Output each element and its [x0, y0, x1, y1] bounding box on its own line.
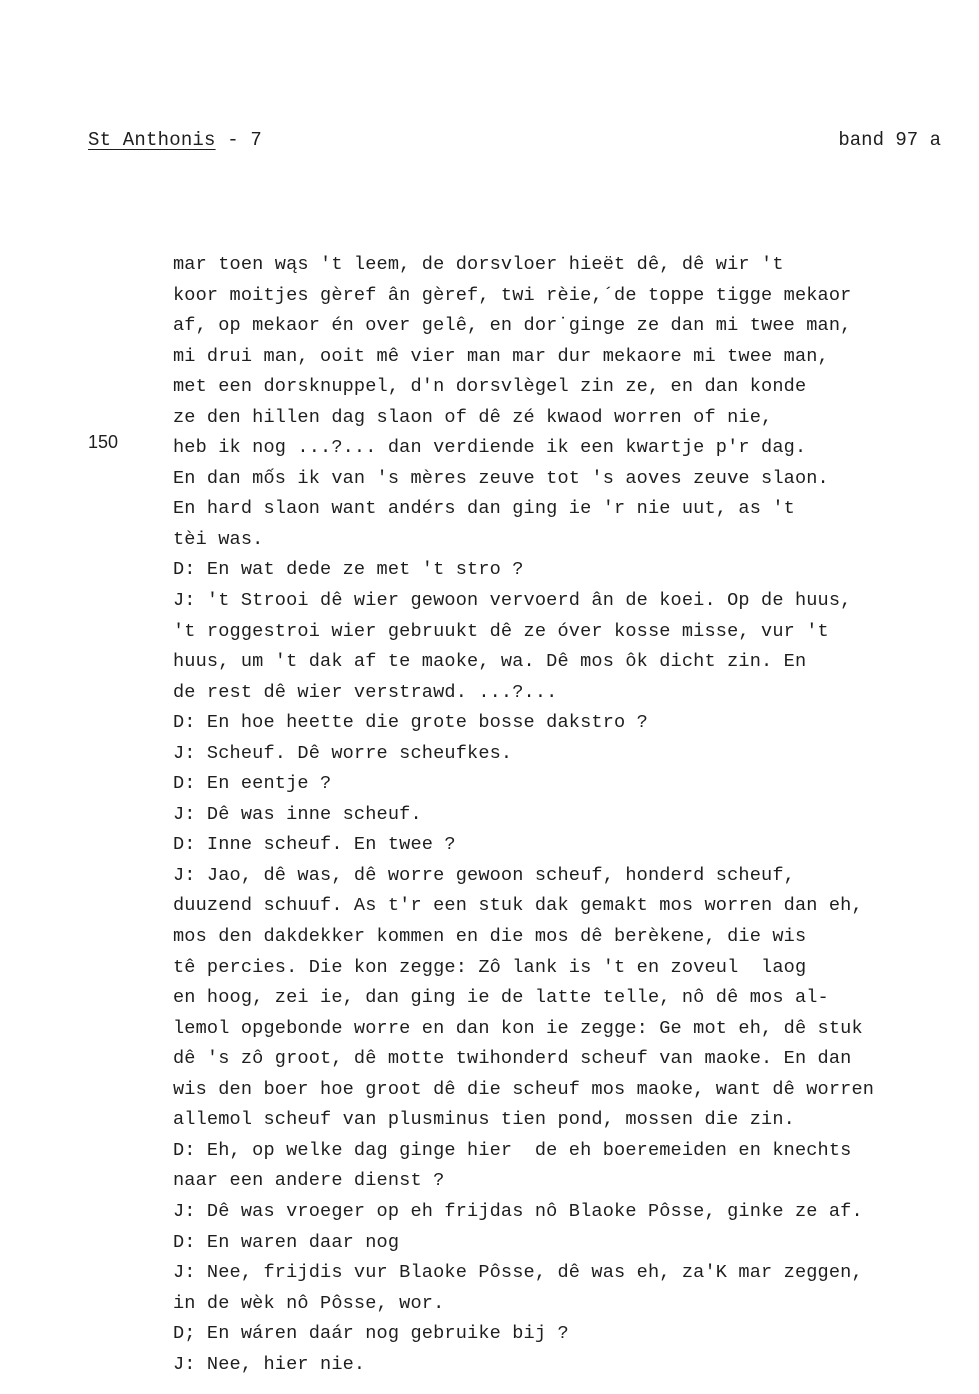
transcript-line: lemol opgebonde worre en dan kon ie zegg… — [173, 1014, 963, 1045]
document-title: St Anthonis — [88, 129, 216, 151]
transcript-line: J: Dê was vroeger op eh frijdas nô Blaok… — [173, 1197, 963, 1228]
transcript-line: D: En hoe heette die grote bosse dakstro… — [173, 708, 963, 739]
transcript-line: en hoog, zei ie, dan ging ie de latte te… — [173, 983, 963, 1014]
transcript-line: tèi was. — [173, 525, 963, 556]
transcript-line: huus, um 't dak af te maoke, wa. Dê mos … — [173, 647, 963, 678]
transcript-line: J: Scheuf. Dê worre scheufkes. — [173, 739, 963, 770]
transcript-line: heb ik nog ...?... dan verdiende ik een … — [173, 433, 963, 464]
transcript-line: naar een andere dienst ? — [173, 1166, 963, 1197]
margin-line-number: 150 — [88, 432, 118, 453]
transcript-line: ze den hillen dag slaon of dê zé kwaod w… — [173, 403, 963, 434]
transcript-line: J: Dê was inne scheuf. — [173, 800, 963, 831]
transcript-body: mar toen wąs 't leem, de dorsvloer hieët… — [173, 250, 963, 1380]
transcript-line: D: Inne scheuf. En twee ? — [173, 830, 963, 861]
transcript-line: met een dorsknuppel, d'n dorsvlègel zin … — [173, 372, 963, 403]
transcript-line: mos den dakdekker kommen en die mos dê b… — [173, 922, 963, 953]
transcript-line: mi drui man, ooit mê vier man mar dur me… — [173, 342, 963, 373]
transcript-line: En dan mốs ik van 's mères zeuve tot 's … — [173, 464, 963, 495]
transcript-line: tê percies. Die kon zegge: Zô lank is 't… — [173, 953, 963, 984]
transcript-line: D: En wat dede ze met 't stro ? — [173, 555, 963, 586]
transcript-line: duuzend schuuf. As t'r een stuk dak gema… — [173, 891, 963, 922]
transcript-line: koor moitjes gèref ân gèref, twi rèie,´d… — [173, 281, 963, 312]
transcript-line: mar toen wąs 't leem, de dorsvloer hieët… — [173, 250, 963, 281]
transcript-line: D; En wáren daár nog gebruike bij ? — [173, 1319, 963, 1350]
page-header-left: St Anthonis - 7 — [88, 129, 262, 151]
transcript-line: in de wèk nô Pôsse, wor. — [173, 1289, 963, 1320]
transcript-line: 't roggestroi wier gebruukt dê ze óver k… — [173, 617, 963, 648]
transcript-line: wis den boer hoe groot dê die scheuf mos… — [173, 1075, 963, 1106]
page-number: - 7 — [216, 129, 262, 151]
transcript-line: J: 't Strooi dê wier gewoon vervoerd ân … — [173, 586, 963, 617]
transcript-line: J: Jao, dê was, dê worre gewoon scheuf, … — [173, 861, 963, 892]
transcript-line: En hard slaon want andérs dan ging ie 'r… — [173, 494, 963, 525]
tape-label: band 97 a — [838, 129, 941, 151]
transcript-line: af, op mekaor én over gelê, en dor˙ginge… — [173, 311, 963, 342]
transcript-line: D: En eentje ? — [173, 769, 963, 800]
transcript-line: J: Nee, frijdis vur Blaoke Pôsse, dê was… — [173, 1258, 963, 1289]
transcript-line: dê 's zô groot, dê motte twihonderd sche… — [173, 1044, 963, 1075]
transcript-line: D: En waren daar nog — [173, 1228, 963, 1259]
transcript-line: J: Nee, hier nie. — [173, 1350, 963, 1381]
transcript-line: de rest dê wier verstrawd. ...?... — [173, 678, 963, 709]
transcript-line: D: Eh, op welke dag ginge hier de eh boe… — [173, 1136, 963, 1167]
transcript-line: allemol scheuf van plusminus tien pond, … — [173, 1105, 963, 1136]
